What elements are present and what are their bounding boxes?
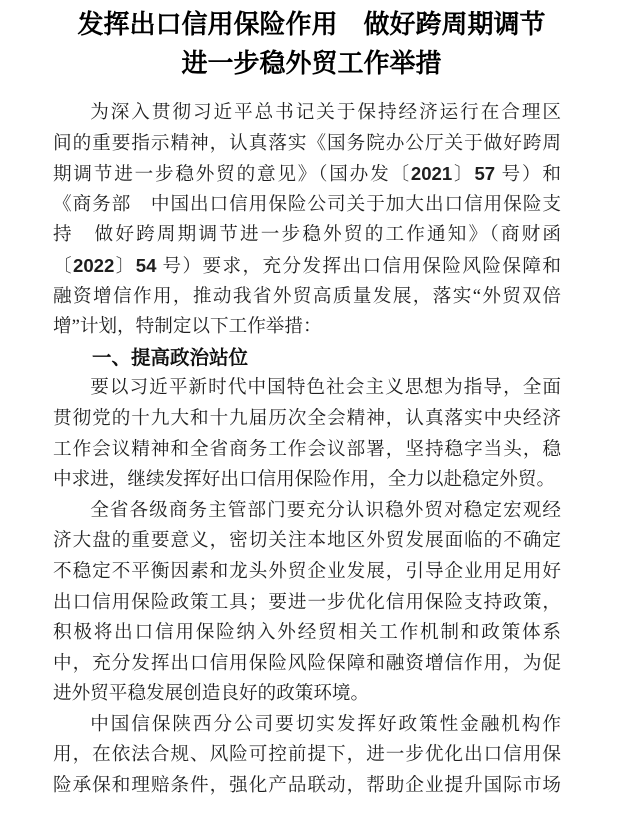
document-line: 险承保和理赔条件，强化产品联动，帮助企业提升国际市场 — [53, 771, 561, 802]
document-line: 〔2022〕54 号）要求，充分发挥出口信用保险风险保障和 — [53, 251, 561, 282]
document-line: 积极将出口信用保险纳入外经贸相关工作机制和政策体系 — [53, 618, 561, 649]
document-line: 中，充分发挥出口信用保险风险保障和融资增信作用，为促 — [53, 649, 561, 680]
document-body: 为深入贯彻习近平总书记关于保持经济运行在合理区间的重要指示精神，认真落实《国务院… — [53, 98, 561, 802]
document-title-line-1: 发挥出口信用保险作用 做好跨周期调节 — [0, 5, 623, 44]
document-line: 中求进，继续发挥好出口信用保险作用，全力以赴稳定外贸。 — [53, 465, 561, 496]
document-line: 增”计划，特制定以下工作举措： — [53, 312, 561, 343]
section-heading: 一、提高政治站位 — [53, 343, 561, 374]
document-line: 工作会议精神和全省商务工作会议部署，坚持稳字当头，稳 — [53, 435, 561, 466]
document-line: 《商务部 中国出口信用保险公司关于加大出口信用保险支 — [53, 190, 561, 221]
document-line: 期调节进一步稳外贸的意见》（国办发〔2021〕57 号）和 — [53, 159, 561, 190]
document-line: 融资增信作用，推动我省外贸高质量发展，落实“外贸双倍 — [53, 282, 561, 313]
document-line: 为深入贯彻习近平总书记关于保持经济运行在合理区 — [53, 98, 561, 129]
document-title-line-2: 进一步稳外贸工作举措 — [0, 44, 623, 83]
document-line: 用，在依法合规、风险可控前提下，进一步优化出口信用保 — [53, 740, 561, 771]
document-line: 中国信保陕西分公司要切实发挥好政策性金融机构作 — [53, 710, 561, 741]
document-line: 贯彻党的十九大和十九届历次全会精神，认真落实中央经济 — [53, 404, 561, 435]
document-line: 全省各级商务主管部门要充分认识稳外贸对稳定宏观经 — [53, 496, 561, 527]
document-line: 不稳定不平衡因素和龙头外贸企业发展，引导企业用足用好 — [53, 557, 561, 588]
document-page: 发挥出口信用保险作用 做好跨周期调节 进一步稳外贸工作举措 为深入贯彻习近平总书… — [0, 0, 623, 813]
document-line: 出口信用保险政策工具；要进一步优化信用保险支持政策， — [53, 588, 561, 619]
document-line: 持 做好跨周期调节进一步稳外贸的工作通知》（商财函 — [53, 220, 561, 251]
document-title: 发挥出口信用保险作用 做好跨周期调节 进一步稳外贸工作举措 — [0, 5, 623, 83]
document-line: 进外贸平稳发展创造良好的政策环境。 — [53, 679, 561, 710]
document-line: 济大盘的重要意义，密切关注本地区外贸发展面临的不确定 — [53, 526, 561, 557]
document-line: 要以习近平新时代中国特色社会主义思想为指导，全面 — [53, 373, 561, 404]
document-line: 间的重要指示精神，认真落实《国务院办公厅关于做好跨周 — [53, 129, 561, 160]
